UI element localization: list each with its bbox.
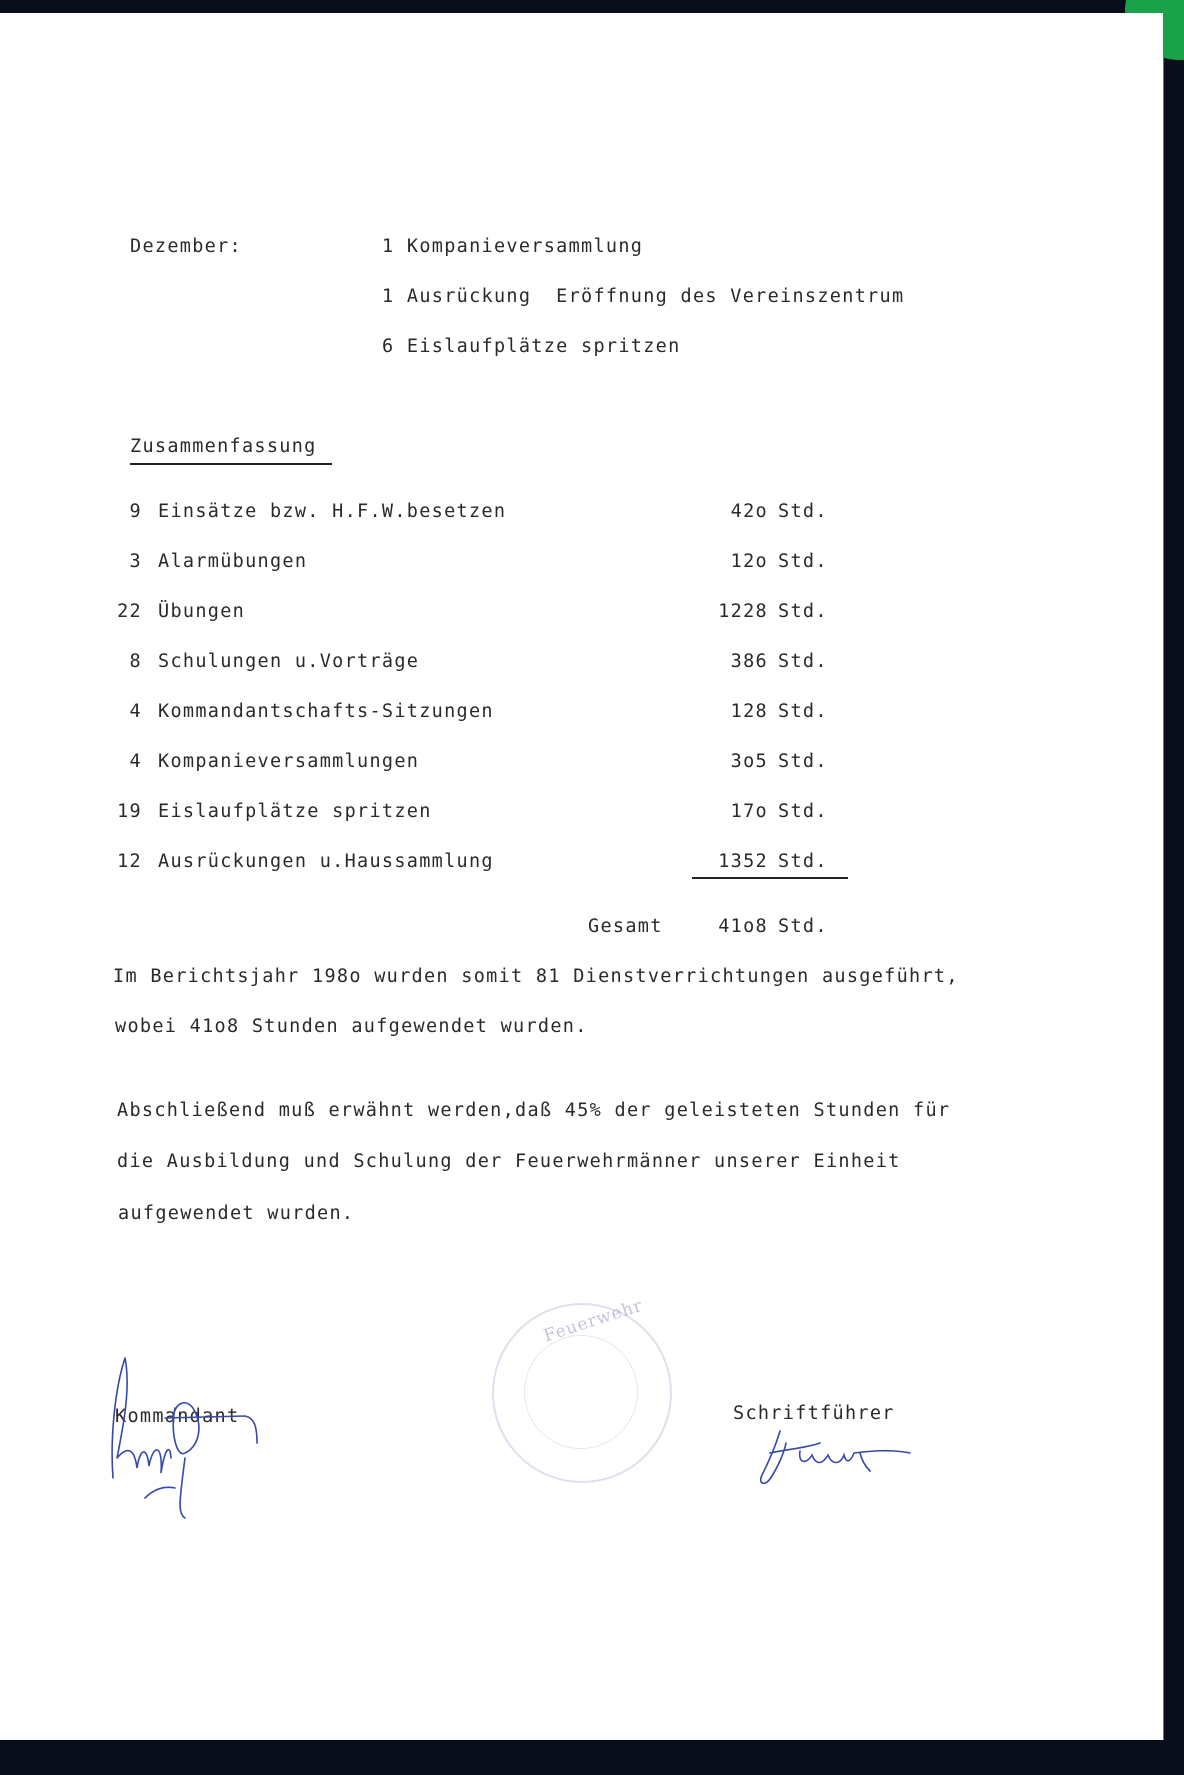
total-hours: 41o8 bbox=[688, 918, 768, 937]
secretary-label: Schriftführer bbox=[733, 1405, 895, 1424]
row-label: Kommandantschafts-Sitzungen bbox=[158, 703, 494, 722]
official-stamp: Feuerwehr bbox=[492, 1303, 672, 1483]
row-count: 4 bbox=[62, 753, 142, 772]
december-item: 1 Kompanieversammlung bbox=[382, 238, 643, 257]
december-item: 1 Ausrückung Eröffnung des Vereinszentru… bbox=[382, 288, 904, 307]
paragraph-1-line-2: wobei 41o8 Stunden aufgewendet wurden. bbox=[115, 1018, 588, 1037]
row-label: Einsätze bzw. H.F.W.besetzen bbox=[158, 503, 506, 522]
row-unit: Std. bbox=[778, 753, 828, 772]
row-unit: Std. bbox=[778, 653, 828, 672]
row-label: Eislaufplätze spritzen bbox=[158, 803, 432, 822]
row-unit: Std. bbox=[778, 853, 828, 872]
row-hours: 42o bbox=[688, 503, 768, 522]
row-count: 19 bbox=[62, 803, 142, 822]
paragraph-2-line-3: aufgewendet wurden. bbox=[118, 1205, 354, 1224]
row-count: 3 bbox=[62, 553, 142, 572]
paragraph-1-line-1: Im Berichtsjahr 198o wurden somit 81 Die… bbox=[113, 968, 959, 987]
total-label: Gesamt bbox=[588, 918, 663, 937]
heading-underline bbox=[130, 463, 332, 465]
december-item: 6 Eislaufplätze spritzen bbox=[382, 338, 681, 357]
row-hours: 386 bbox=[688, 653, 768, 672]
row-hours: 17o bbox=[688, 803, 768, 822]
row-count: 4 bbox=[62, 703, 142, 722]
row-label: Übungen bbox=[158, 603, 245, 622]
document-page: Dezember: 1 Kompanieversammlung 1 Ausrüc… bbox=[0, 13, 1163, 1740]
total-underline bbox=[692, 877, 848, 879]
row-unit: Std. bbox=[778, 703, 828, 722]
row-count: 22 bbox=[62, 603, 142, 622]
row-hours: 3o5 bbox=[688, 753, 768, 772]
summary-heading: Zusammenfassung bbox=[130, 438, 317, 457]
stamp-inner-ring bbox=[524, 1335, 638, 1449]
row-count: 12 bbox=[62, 853, 142, 872]
row-count: 8 bbox=[62, 653, 142, 672]
row-unit: Std. bbox=[778, 503, 828, 522]
commander-signature bbox=[105, 1348, 285, 1523]
month-label: Dezember: bbox=[130, 238, 242, 257]
paragraph-2-line-1: Abschließend muß erwähnt werden,daß 45% … bbox=[117, 1102, 950, 1121]
row-label: Alarmübungen bbox=[158, 553, 307, 572]
row-unit: Std. bbox=[778, 603, 828, 622]
row-unit: Std. bbox=[778, 553, 828, 572]
row-hours: 1228 bbox=[688, 603, 768, 622]
total-unit: Std. bbox=[778, 918, 828, 937]
row-hours: 12o bbox=[688, 553, 768, 572]
row-unit: Std. bbox=[778, 803, 828, 822]
paragraph-2-line-2: die Ausbildung und Schulung der Feuerweh… bbox=[117, 1153, 901, 1172]
row-label: Ausrückungen u.Haussammlung bbox=[158, 853, 494, 872]
row-hours: 1352 bbox=[688, 853, 768, 872]
row-count: 9 bbox=[62, 503, 142, 522]
row-label: Schulungen u.Vorträge bbox=[158, 653, 419, 672]
secretary-signature bbox=[750, 1423, 920, 1493]
row-label: Kompanieversammlungen bbox=[158, 753, 419, 772]
row-hours: 128 bbox=[688, 703, 768, 722]
